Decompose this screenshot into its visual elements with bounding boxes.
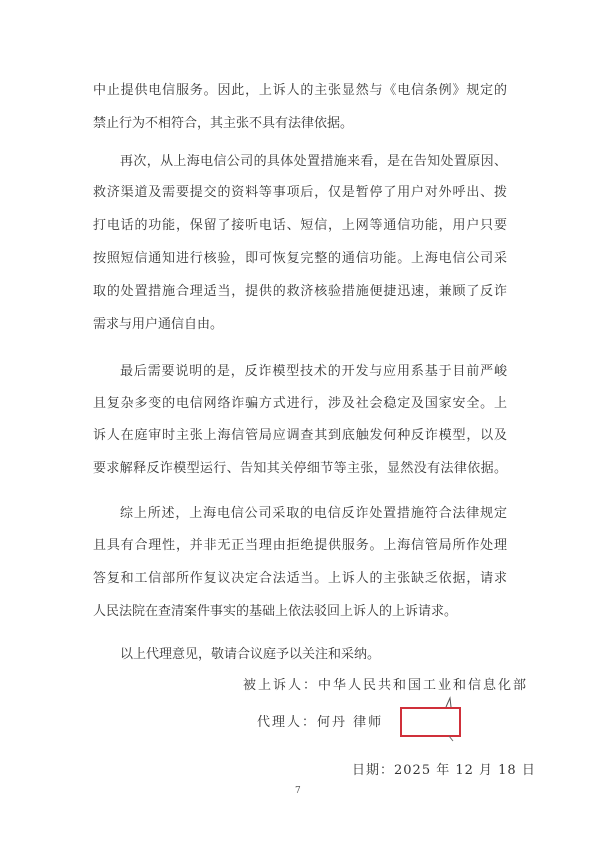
paragraph-3-line-2: 且复杂多变的电信网络诈骗方式进行，涉及社会稳定及国家安全。上 [93,394,507,414]
paragraph-2-line-1: 再次，从上海电信公司的具体处置措施来看，是在告知处置原因、 [120,152,507,172]
paragraph-2-line-4: 按照短信通知进行核验，即可恢复完整的通信功能。上海电信公司采 [93,249,507,269]
paragraph-1-line-1: 中止提供电信服务。因此，上诉人的主张显然与《电信条例》规定的 [93,81,507,101]
paragraph-4-line-2: 且具有合理性，并非无正当理由拒绝提供服务。上海信管局所作处理 [93,536,507,556]
page-number: 7 [295,786,301,796]
paragraph-1-line-2: 禁止行为不相符合，其主张不具有法律依据。 [93,114,507,134]
handwriting-tail-icon [448,735,458,747]
redaction-box [400,707,461,737]
paragraph-2-line-6: 需求与用户通信自由。 [93,315,507,335]
document-page: 中止提供电信服务。因此，上诉人的主张显然与《电信条例》规定的 禁止行为不相符合，… [0,0,598,848]
agent-signature: 代理人：何丹 律师 [257,713,383,733]
appellee-signature: 被上诉人：中华人民共和国工业和信息化部 [243,676,528,696]
closing-statement: 以上代理意见，敬请合议庭予以关注和采纳。 [120,645,507,665]
paragraph-3-line-4: 要求解释反诈模型运行、告知其关停细节等主张，显然没有法律依据。 [93,459,507,479]
paragraph-2-line-3: 打电话的功能，保留了接听电话、短信，上网等通信功能，用户只要 [93,216,507,236]
paragraph-3-line-1: 最后需要说明的是，反诈模型技术的开发与应用系基于目前严峻 [120,362,507,382]
paragraph-3-line-3: 诉人在庭审时主张上海信管局应调查其到底触发何种反诈模型，以及 [93,426,507,446]
paragraph-2-line-5: 取的处置措施合理适当，提供的救济核验措施便捷迅速，兼顾了反诈 [93,282,507,302]
paragraph-4-line-1: 综上所述，上海电信公司采取的电信反诈处置措施符合法律规定 [120,504,507,524]
paragraph-4-line-3: 答复和工信部所作复议决定合法适当。上诉人的主张缺乏依据，请求 [93,569,507,589]
paragraph-2-line-2: 救济渠道及需要提交的资料等事项后，仅是暂停了用户对外呼出、拨 [93,183,507,203]
paragraph-4-line-4: 人民法院在查清案件事实的基础上依法驳回上诉人的上诉请求。 [93,602,507,622]
signature-date: 日期：2025 年 12 月 18 日 [352,761,536,781]
